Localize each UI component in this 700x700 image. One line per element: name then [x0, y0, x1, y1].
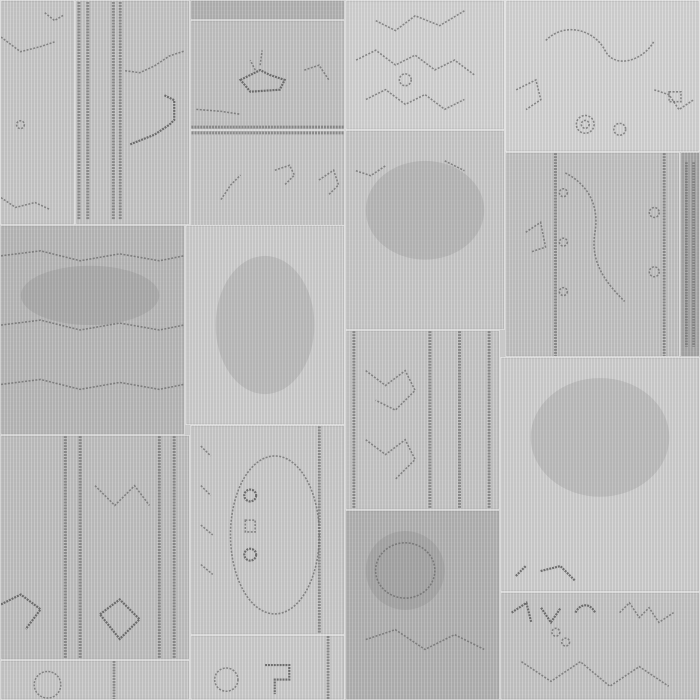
- floral-band-motif: [501, 593, 699, 699]
- sparse-floral-motif: [1, 1, 74, 224]
- medallion-leaves-motif: [191, 426, 344, 634]
- patch-vertical-stripes: [75, 0, 190, 225]
- patch-vase-ornament: [190, 20, 345, 130]
- vase-ornament-motif: [191, 21, 344, 129]
- patch-vertical-stripes-geometric: [0, 435, 190, 660]
- patch-sparse-floral: [0, 0, 75, 225]
- scroll-arabesque-motif: [506, 1, 699, 151]
- patch-column-botanical: [345, 330, 500, 510]
- dark-border-motif: [681, 153, 699, 356]
- stripes-vine-motif: [76, 1, 189, 224]
- patch-plain-faded: [185, 225, 345, 425]
- plain-faded-motif: [186, 226, 344, 424]
- patch-medallion-leaves: [190, 425, 345, 635]
- patch-dense-field: [0, 225, 185, 435]
- dense-floral-motif: [346, 1, 504, 129]
- patch-faded-medallion: [345, 130, 505, 330]
- patch-rosette: [0, 660, 190, 700]
- key-fret-motif: [191, 636, 344, 699]
- patch-dense-floral: [345, 0, 505, 130]
- patch-border-botanical: [505, 152, 680, 357]
- patch-top-strip: [190, 0, 345, 20]
- faded-right-motif: [501, 358, 699, 591]
- patch-plain-faded-right: [500, 357, 700, 592]
- patch-key-fret: [190, 635, 345, 700]
- rosette-motif: [1, 661, 189, 699]
- faded-medallion-motif: [346, 131, 504, 329]
- patch-scroll-arabesque: [505, 0, 700, 152]
- border-vine-motif: [191, 131, 344, 229]
- border-botanical-motif: [506, 153, 679, 356]
- column-botanical-motif: [346, 331, 499, 509]
- patch-floral-band: [500, 592, 700, 700]
- dense-field-motif: [1, 226, 184, 434]
- patch-border-lines: [190, 130, 345, 230]
- patchwork-rug: [0, 0, 700, 700]
- dark-dense-motif: [346, 511, 499, 699]
- patch-dark-dense: [345, 510, 500, 700]
- stripes-geometric-motif: [1, 436, 189, 659]
- patch-dark-border: [680, 152, 700, 357]
